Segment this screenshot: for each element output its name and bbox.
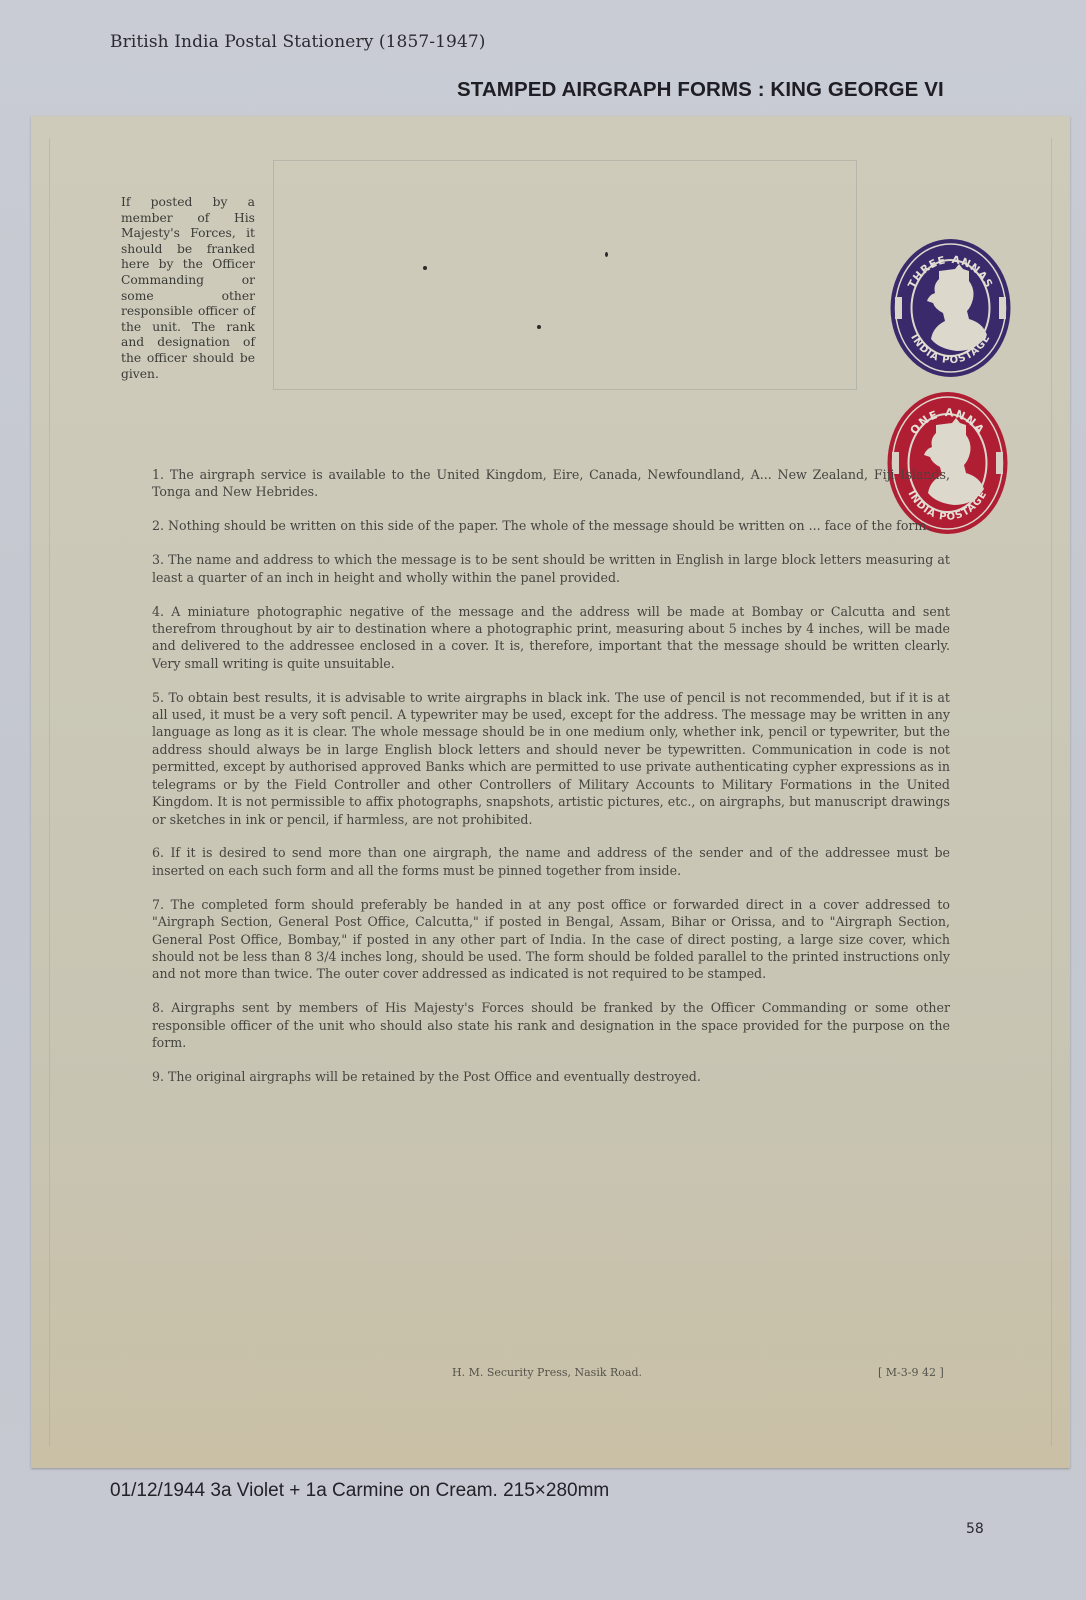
paper-speck: [605, 252, 608, 257]
stamp-three-annas-violet: THREE ANNAS INDIA POSTAGE: [889, 237, 1012, 379]
instruction-4: 4. A miniature photographic negative of …: [152, 603, 950, 673]
instruction-7: 7. The completed form should preferably …: [152, 896, 950, 983]
paper-speck: [537, 325, 541, 329]
item-caption: 01/12/1944 3a Violet + 1a Carmine on Cre…: [110, 1480, 609, 1502]
instruction-8: 8. Airgraphs sent by members of His Maje…: [152, 999, 950, 1051]
instruction-5: 5. To obtain best results, it is advisab…: [152, 689, 950, 828]
printer-imprint: H. M. Security Press, Nasik Road.: [452, 1366, 642, 1379]
page-title: STAMPED AIRGRAPH FORMS : KING GEORGE VI: [457, 78, 944, 102]
king-george-vi-embossed-stamp-icon: THREE ANNAS INDIA POSTAGE: [889, 237, 1012, 379]
instruction-1: 1. The airgraph service is available to …: [152, 466, 950, 501]
instruction-3: 3. The name and address to which the mes…: [152, 551, 950, 586]
form-code: [ M-3-9 42 ]: [878, 1366, 944, 1379]
instruction-2: 2. Nothing should be written on this sid…: [152, 517, 950, 534]
instruction-9: 9. The original airgraphs will be retain…: [152, 1068, 950, 1085]
album-header: British India Postal Stationery (1857-19…: [110, 32, 486, 52]
paper-speck: [423, 266, 427, 270]
instructions-list: 1. The airgraph service is available to …: [152, 466, 950, 1102]
address-panel: [273, 160, 857, 390]
instruction-6: 6. If it is desired to send more than on…: [152, 844, 950, 879]
page-number: 58: [966, 1521, 984, 1537]
franking-note: If posted by a member of His Majesty's F…: [121, 195, 255, 382]
